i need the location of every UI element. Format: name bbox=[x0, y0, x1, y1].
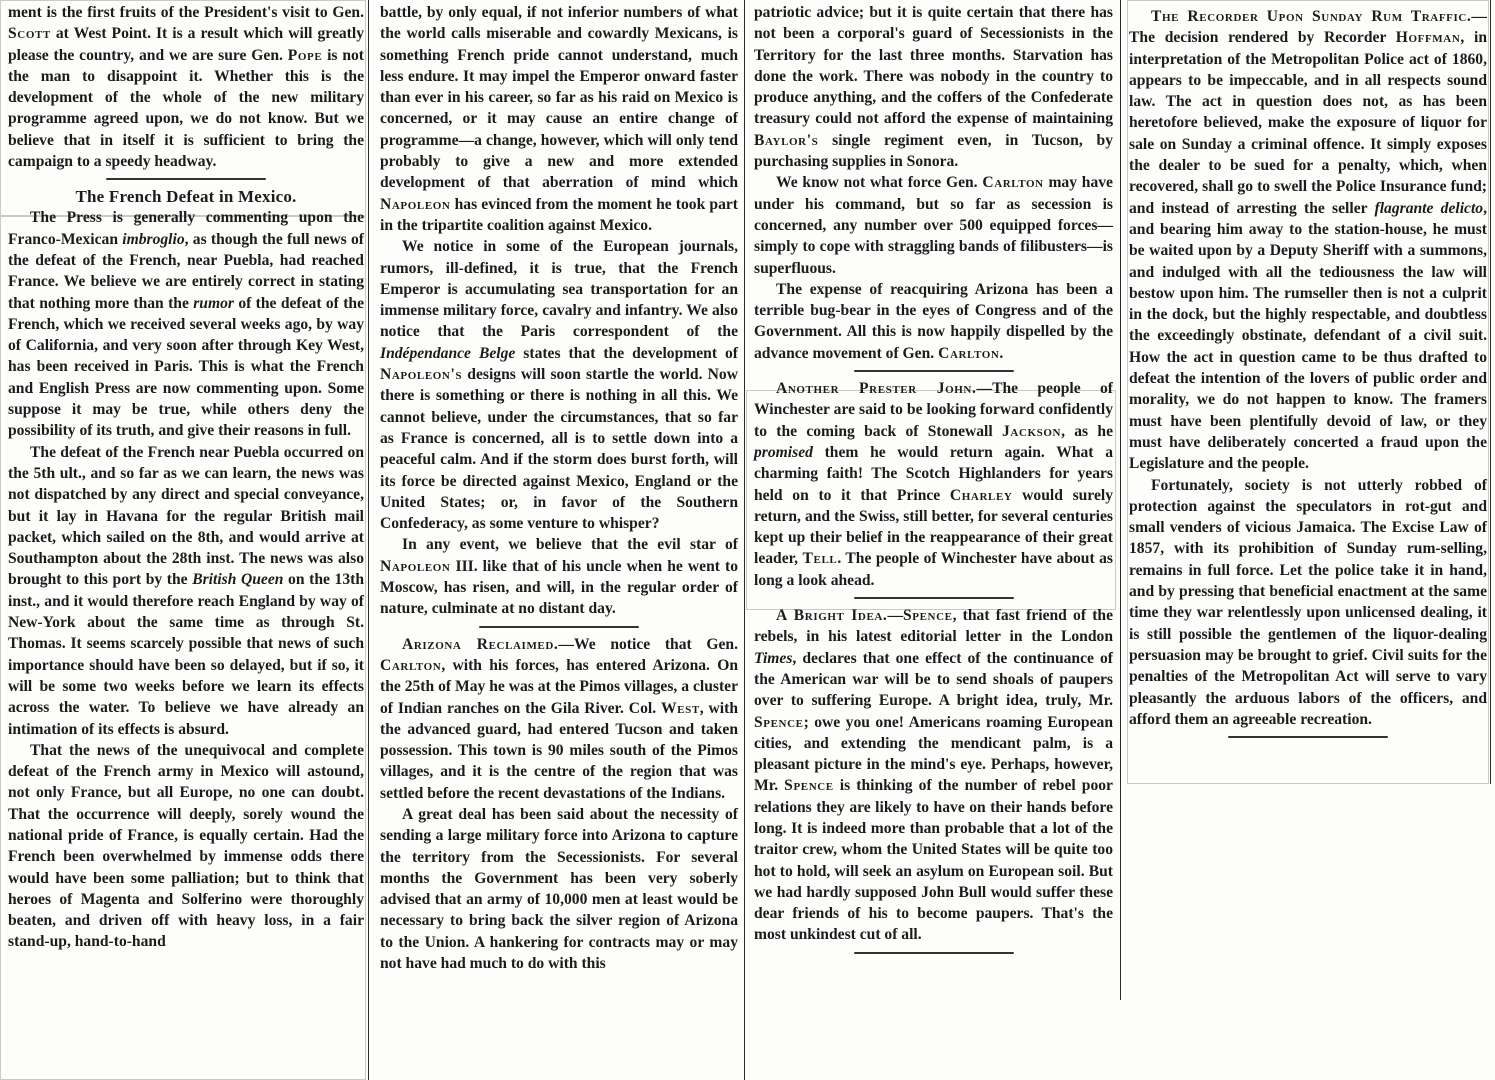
article-paragraph: The Press is generally commenting upon t… bbox=[8, 207, 364, 441]
article-paragraph: Fortunately, society is not utterly robb… bbox=[1129, 475, 1487, 731]
article-recorder-sunday-rum: The Recorder Upon Sunday Rum Traffic.—Th… bbox=[1129, 6, 1487, 475]
column-4: The Recorder Upon Sunday Rum Traffic.—Th… bbox=[1121, 0, 1495, 744]
section-divider bbox=[854, 952, 1014, 954]
column-3: patriotic advice; but it is quite certai… bbox=[746, 0, 1121, 960]
article-paragraph: That the news of the unequivocal and com… bbox=[8, 740, 364, 953]
article-arizona-reclaimed: Arizona Reclaimed.—We notice that Gen. C… bbox=[380, 634, 738, 804]
article-paragraph: The defeat of the French near Puebla occ… bbox=[8, 442, 364, 740]
article-title: A Bright Idea. bbox=[776, 607, 887, 624]
article-heading-french-defeat: The French Defeat in Mexico. bbox=[8, 186, 364, 207]
section-divider bbox=[854, 370, 1014, 372]
column-1: ment is the first fruits of the Presiden… bbox=[0, 0, 372, 953]
article-another-prester-john: Another Prester John.—The people of Winc… bbox=[754, 378, 1113, 591]
section-divider bbox=[106, 178, 266, 180]
article-continuation-paragraph: ment is the first fruits of the Presiden… bbox=[8, 2, 364, 172]
section-divider bbox=[479, 626, 639, 628]
article-title: Another Prester John. bbox=[776, 380, 976, 397]
column-2: battle, by only equal, if not inferior n… bbox=[372, 0, 746, 974]
section-divider bbox=[1228, 736, 1388, 738]
article-continuation-paragraph: battle, by only equal, if not inferior n… bbox=[380, 2, 738, 236]
article-continuation-paragraph: patriotic advice; but it is quite certai… bbox=[754, 2, 1113, 172]
article-paragraph: The expense of reacquiring Arizona has b… bbox=[754, 279, 1113, 364]
article-paragraph: In any event, we believe that the evil s… bbox=[380, 534, 738, 619]
article-a-bright-idea: A Bright Idea.—Spence, that fast friend … bbox=[754, 605, 1113, 946]
article-paragraph: We know not what force Gen. Carlton may … bbox=[754, 172, 1113, 278]
article-paragraph: We notice in some of the European journa… bbox=[380, 236, 738, 534]
section-divider bbox=[854, 597, 1014, 599]
article-title: The Recorder Upon Sunday Rum Traffic. bbox=[1151, 8, 1471, 25]
article-title: Arizona Reclaimed. bbox=[402, 636, 558, 653]
article-paragraph: A great deal has been said about the nec… bbox=[380, 804, 738, 974]
